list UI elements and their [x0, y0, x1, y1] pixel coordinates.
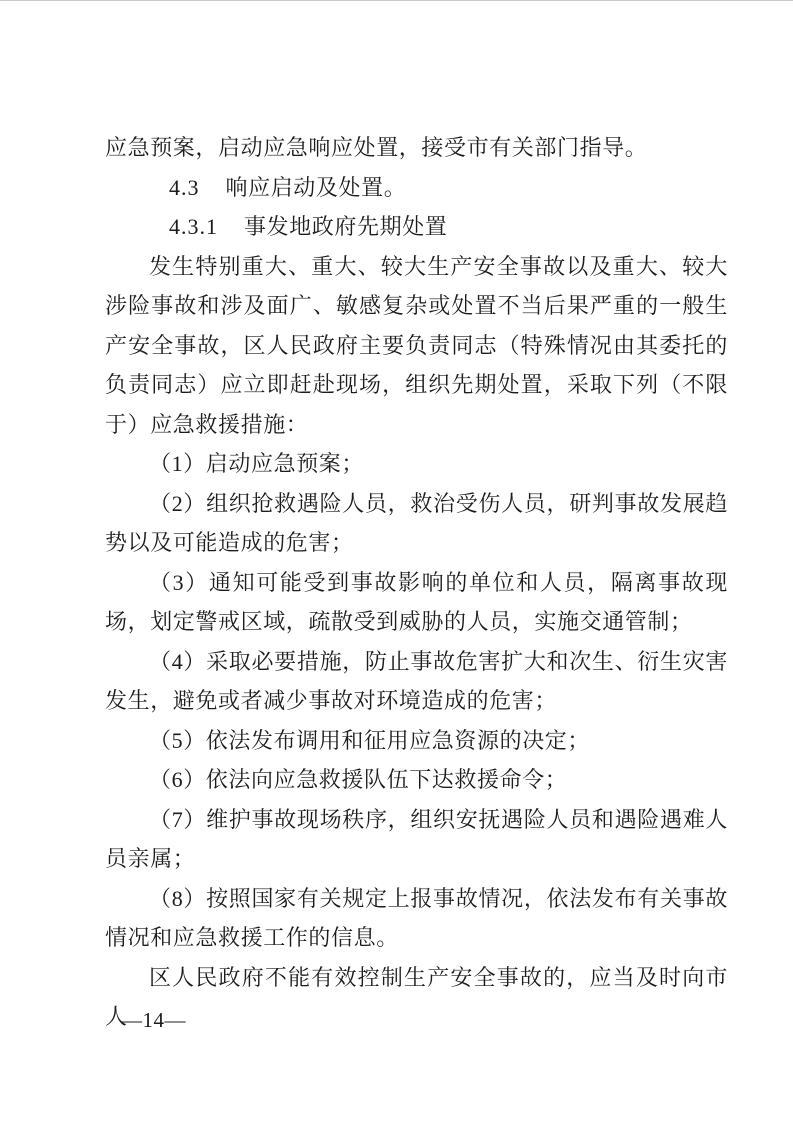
list-item-3: （3）通知可能受到事故影响的单位和人员，隔离事故现场，划定警戒区域，疏散受到威胁…	[105, 563, 728, 642]
list-item-7: （7）维护事故现场秩序，组织安抚遇险人员和遇险遇难人员亲属；	[105, 800, 728, 879]
list-item-8: （8）按照国家有关规定上报事故情况，依法发布有关事故情况和应急救援工作的信息。	[105, 879, 728, 958]
list-item-2: （2）组织抢救遇险人员，救治受伤人员，研判事故发展趋势以及可能造成的危害；	[105, 484, 728, 563]
scan-edge-line	[0, 0, 793, 1]
list-item-1: （1）启动应急预案；	[105, 444, 728, 484]
heading-4-3-title: 响应启动及处置。	[226, 175, 407, 200]
document-page: 应急预案，启动应急响应处置，接受市有关部门指导。 4.3响应启动及处置。 4.3…	[0, 0, 793, 1122]
paragraph-intro: 发生特别重大、重大、较大生产安全事故以及重大、较大涉险事故和涉及面广、敏感复杂或…	[105, 247, 728, 445]
page-content: 应急预案，启动应急响应处置，接受市有关部门指导。 4.3响应启动及处置。 4.3…	[105, 128, 728, 1037]
page-number: —14—	[121, 1005, 186, 1035]
paragraph-continuation: 应急预案，启动应急响应处置，接受市有关部门指导。	[105, 128, 728, 168]
heading-4-3-number: 4.3	[137, 168, 200, 208]
list-item-5: （5）依法发布调用和征用应急资源的决定；	[105, 721, 728, 761]
list-item-4: （4）采取必要措施，防止事故危害扩大和次生、衍生灾害发生，避免或者减少事故对环境…	[105, 642, 728, 721]
paragraph-closing: 区人民政府不能有效控制生产安全事故的，应当及时向市人	[105, 958, 728, 1037]
heading-4-3: 4.3响应启动及处置。	[105, 168, 728, 208]
list-item-6: （6）依法向应急救援队伍下达救援命令；	[105, 760, 728, 800]
heading-4-3-1: 4.3.1事发地政府先期处置	[105, 207, 728, 247]
heading-4-3-1-number: 4.3.1	[137, 207, 218, 247]
heading-4-3-1-title: 事发地政府先期处置	[244, 214, 447, 239]
